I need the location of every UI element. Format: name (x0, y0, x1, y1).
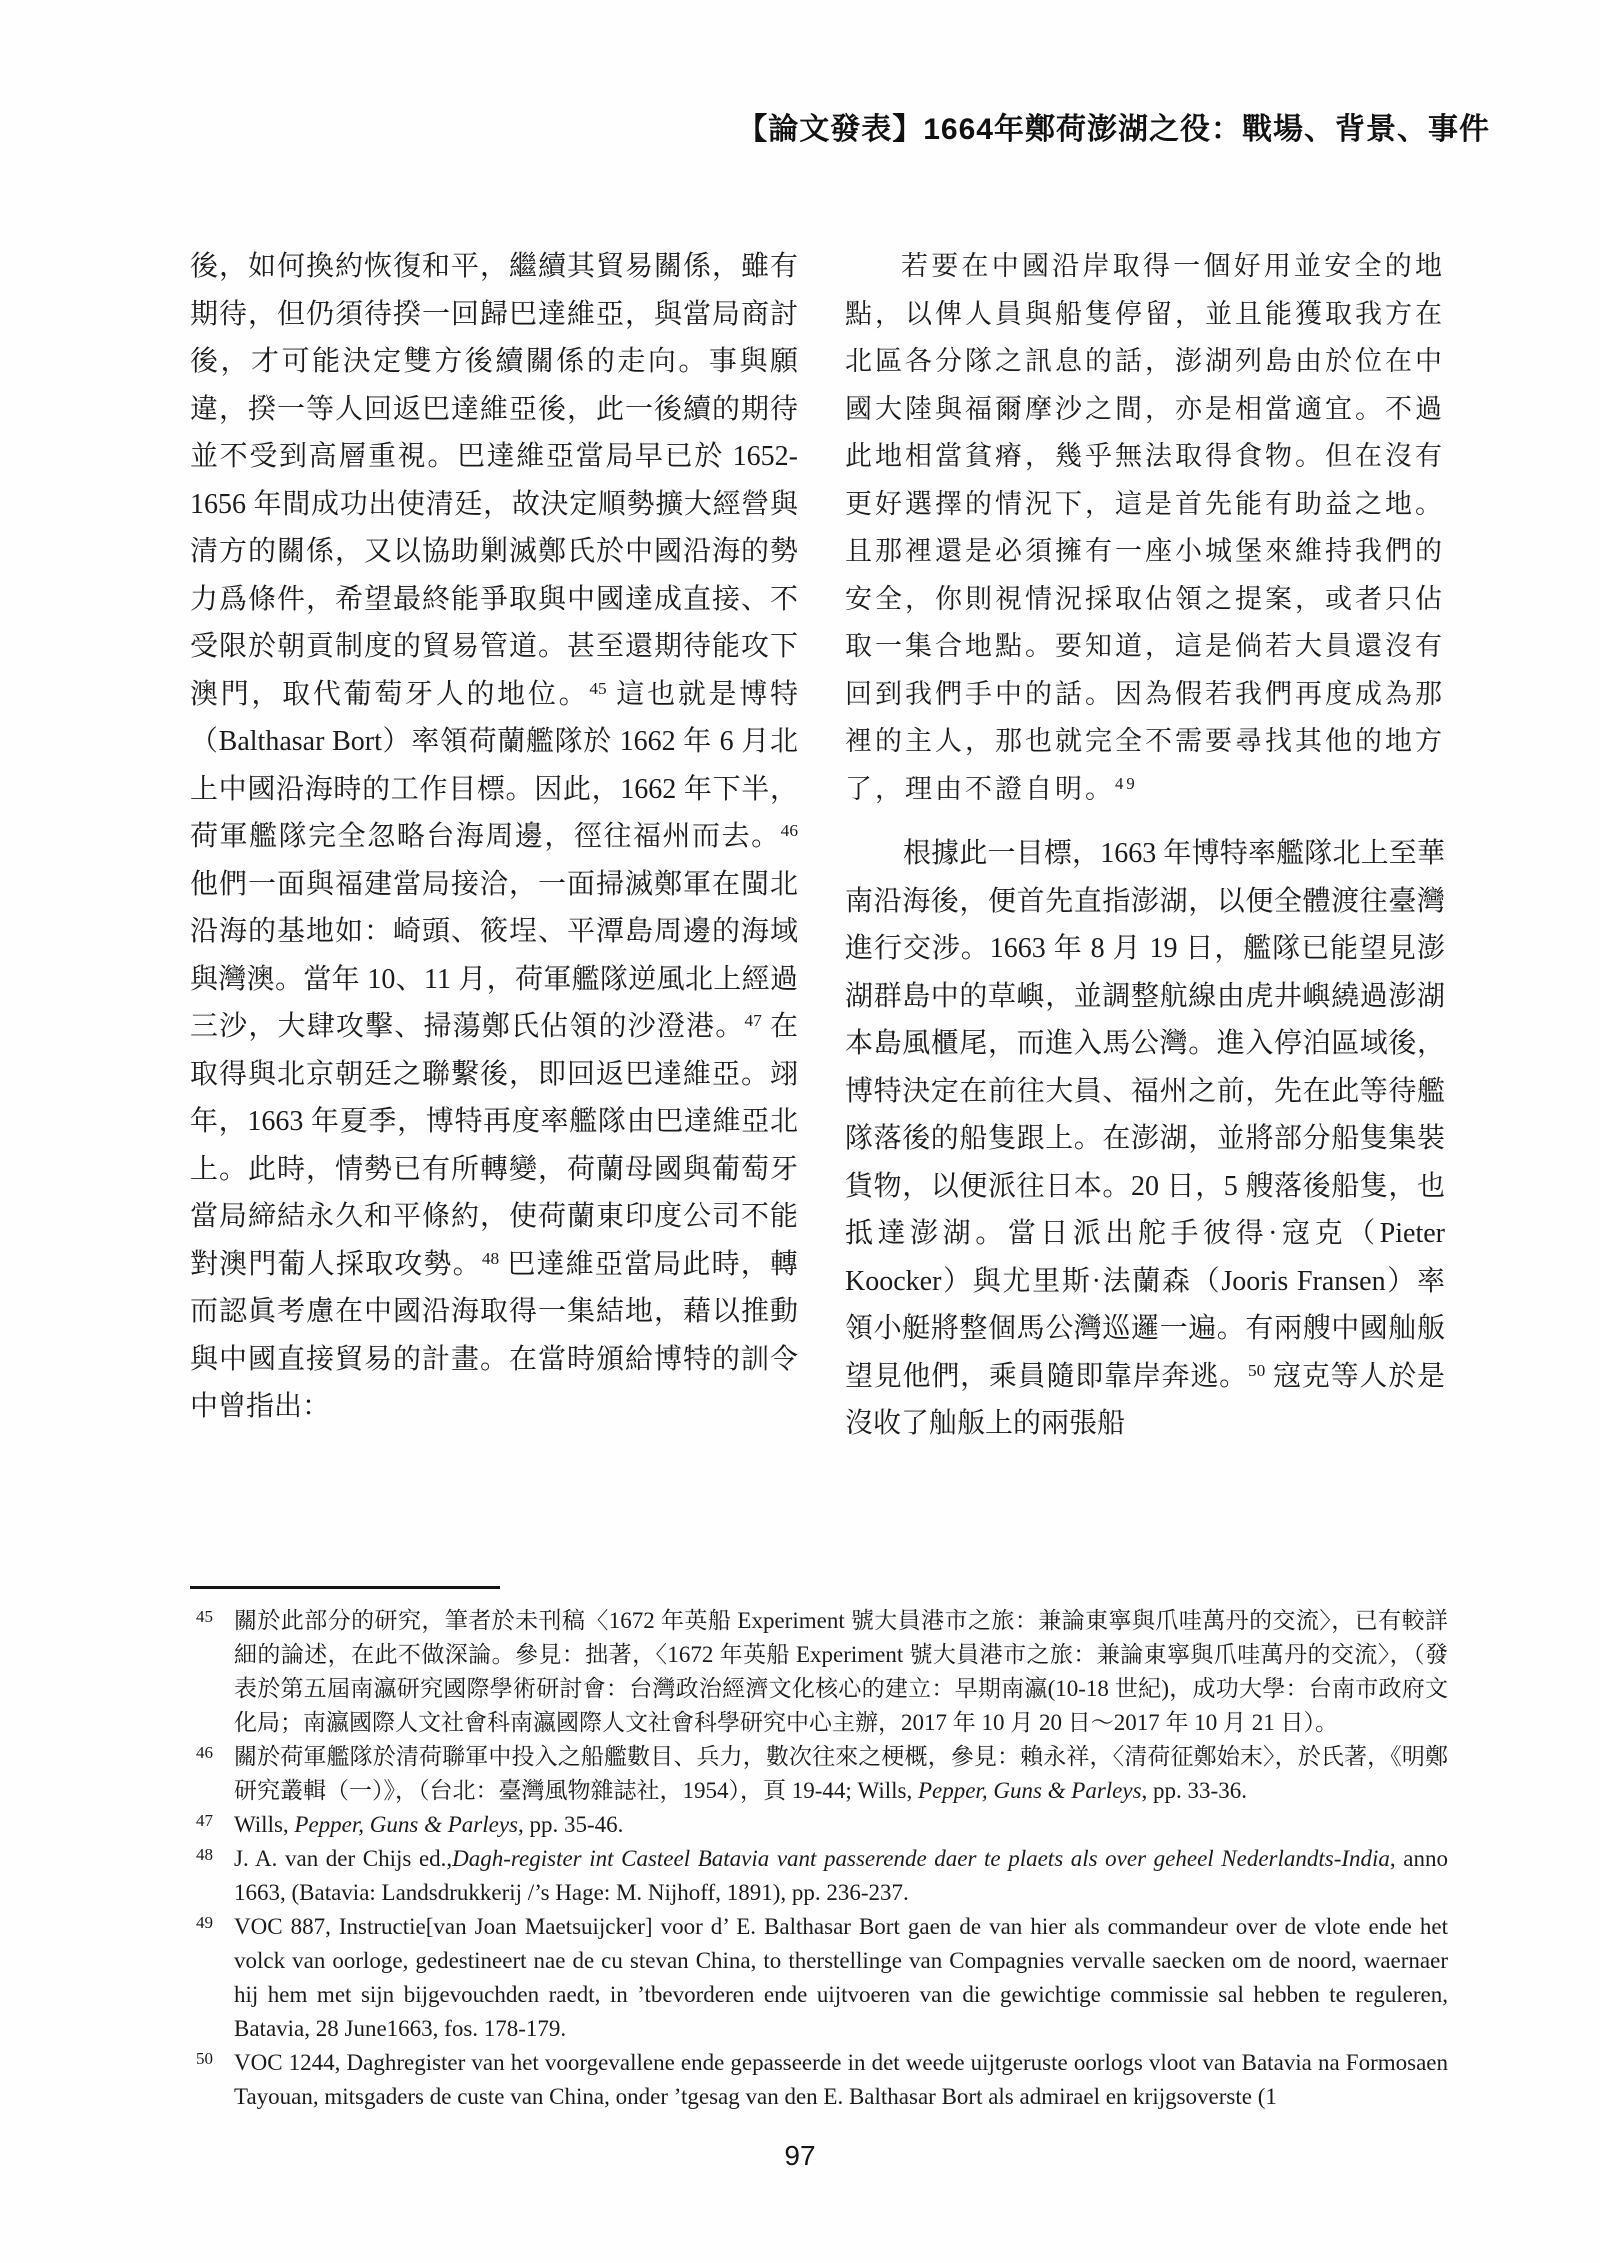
footnote-text: Wills, Pepper, Guns & Parleys, pp. 35-46… (234, 1812, 623, 1837)
footnote-50: 50 VOC 1244, Daghregister van het voorge… (190, 2046, 1448, 2114)
footnotes-section: 45 關於此部分的研究，筆者於未刊稿〈1672 年英船 Experiment 號… (190, 1604, 1448, 2114)
footnote-46: 46 關於荷軍艦隊於清荷聯軍中投入之船艦數目、兵力，數次往來之梗概，參見：賴永祥… (190, 1740, 1448, 1808)
document-page: 【論文發表】1664年鄭荷澎湖之役：戰場、背景、事件 後，如何換約恢復和平，繼續… (0, 0, 1600, 2263)
footnote-number: 48 (196, 1838, 213, 1872)
footnote-number: 50 (196, 2042, 213, 2076)
footnote-number: 45 (196, 1600, 213, 1634)
right-column-paragraph: 根據此一目標，1663 年博特率艦隊北上至華南沿海後，便首先直指澎湖，以便全體渡… (845, 830, 1445, 1448)
footnote-number: 46 (196, 1736, 213, 1770)
page-number: 97 (0, 2140, 1600, 2172)
footnote-text: VOC 887, Instructie[van Joan Maetsuijcke… (234, 1914, 1448, 2041)
footnote-number: 49 (196, 1906, 213, 1940)
footnote-text: VOC 1244, Daghregister van het voorgeval… (234, 2050, 1448, 2109)
footnote-text: 關於荷軍艦隊於清荷聯軍中投入之船艦數目、兵力，數次往來之梗概，參見：賴永祥，〈清… (234, 1744, 1448, 1803)
footnote-number: 47 (196, 1804, 213, 1838)
footnote-47: 47 Wills, Pepper, Guns & Parleys, pp. 35… (190, 1808, 1448, 1842)
footnote-49: 49 VOC 887, Instructie[van Joan Maetsuij… (190, 1910, 1448, 2046)
right-column: 若要在中國沿岸取得一個好用並安全的地點，以俾人員與船隻停留，並且能獲取我方在北區… (845, 243, 1445, 1448)
footnote-45: 45 關於此部分的研究，筆者於未刊稿〈1672 年英船 Experiment 號… (190, 1604, 1448, 1740)
running-header: 【論文發表】1664年鄭荷澎湖之役：戰場、背景、事件 (190, 104, 1490, 148)
footnote-text: 關於此部分的研究，筆者於未刊稿〈1672 年英船 Experiment 號大員港… (234, 1608, 1448, 1735)
block-quote: 若要在中國沿岸取得一個好用並安全的地點，以俾人員與船隻停留，並且能獲取我方在北區… (845, 243, 1445, 813)
left-column: 後，如何換約恢復和平，繼續其貿易關係，雖有期待，但仍須待揆一回歸巴達維亞，與當局… (190, 243, 798, 1431)
footnote-text: J. A. van der Chijs ed.,Dagh-register in… (234, 1846, 1448, 1905)
footnote-separator (190, 1586, 500, 1589)
left-column-paragraph: 後，如何換約恢復和平，繼續其貿易關係，雖有期待，但仍須待揆一回歸巴達維亞，與當局… (190, 243, 798, 1431)
footnote-48: 48 J. A. van der Chijs ed.,Dagh-register… (190, 1842, 1448, 1910)
